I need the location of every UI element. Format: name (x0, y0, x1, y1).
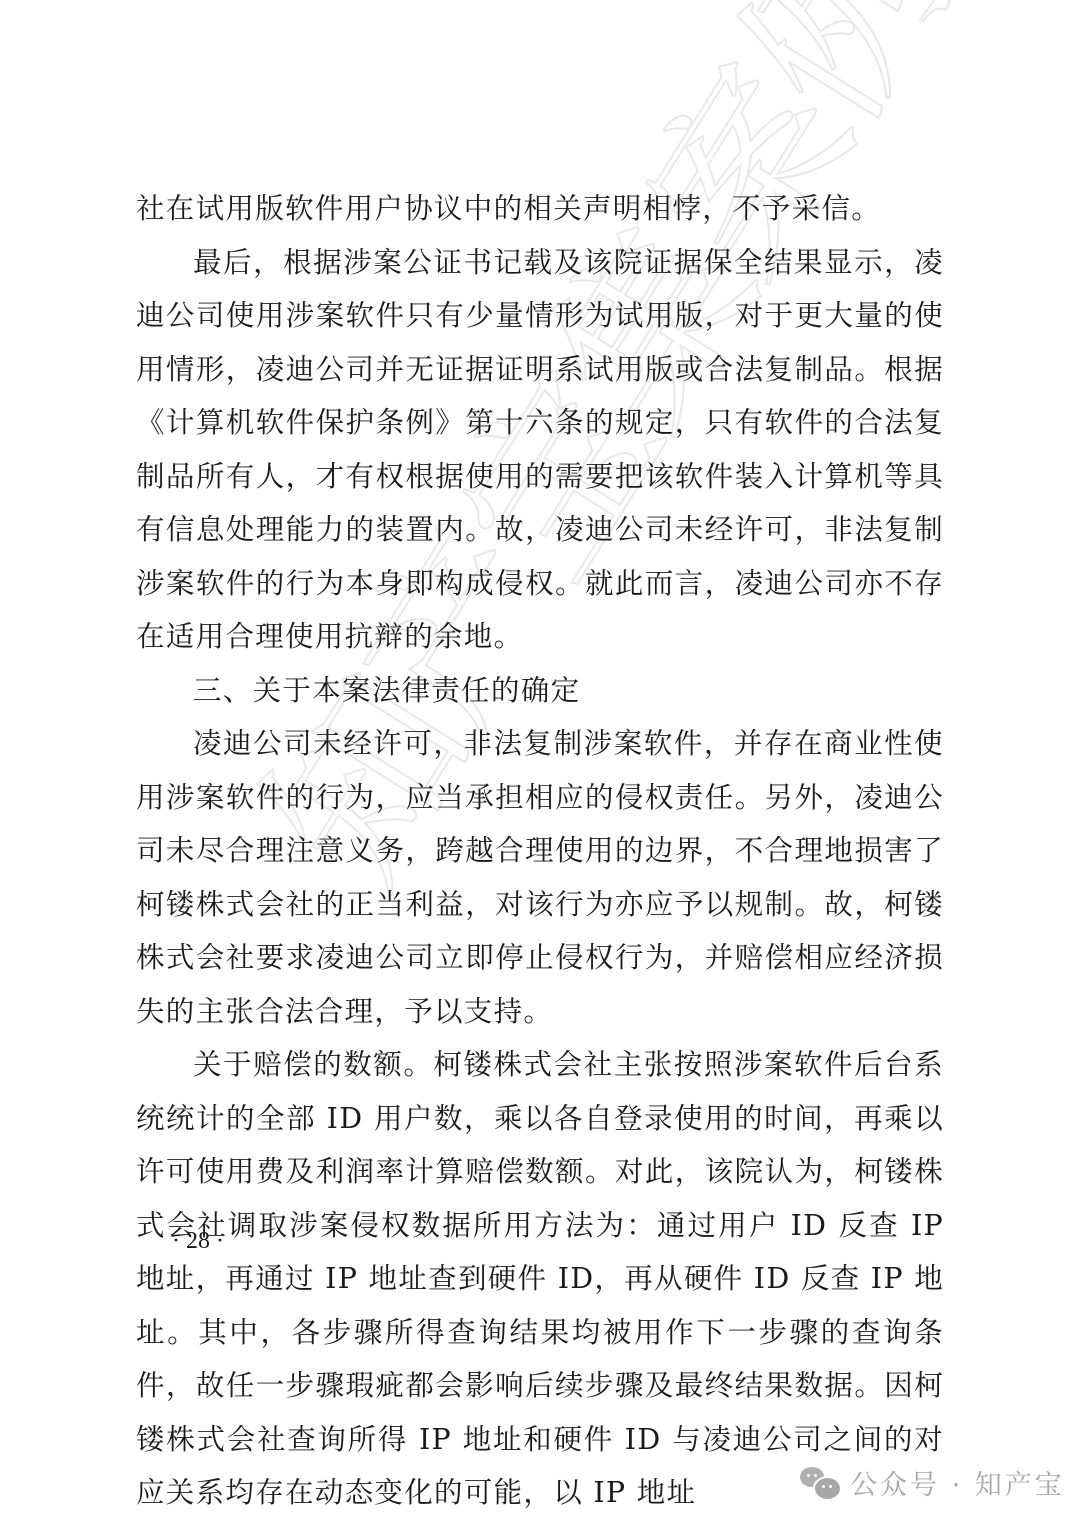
paragraph-continuation: 社在试用版软件用户协议中的相关声明相悖，不予采信。 (136, 182, 944, 236)
paragraph: 关于赔偿的数额。柯镂株式会社主张按照涉案软件后台系统统计的全部 ID 用户数，乘… (136, 1038, 944, 1520)
document-page: 知产宝集案例 社在试用版软件用户协议中的相关声明相悖，不予采信。 最后，根据涉案… (0, 0, 1080, 1528)
wechat-icon (800, 1467, 840, 1499)
paragraph: 最后，根据涉案公证书记载及该院证据保全结果显示，凌迪公司使用涉案软件只有少量情形… (136, 236, 944, 664)
brand-text: 公众号 · 知产宝 (850, 1463, 1065, 1502)
wechat-account-brand: 公众号 · 知产宝 (800, 1463, 1065, 1502)
paragraph: 凌迪公司未经许可，非法复制涉案软件，并存在商业性使用涉案软件的行为，应当承担相应… (136, 717, 944, 1038)
document-body: 社在试用版软件用户协议中的相关声明相悖，不予采信。 最后，根据涉案公证书记载及该… (136, 182, 944, 1520)
section-heading: 三、关于本案法律责任的确定 (136, 664, 944, 718)
page-number: · 28 · (172, 1228, 224, 1255)
